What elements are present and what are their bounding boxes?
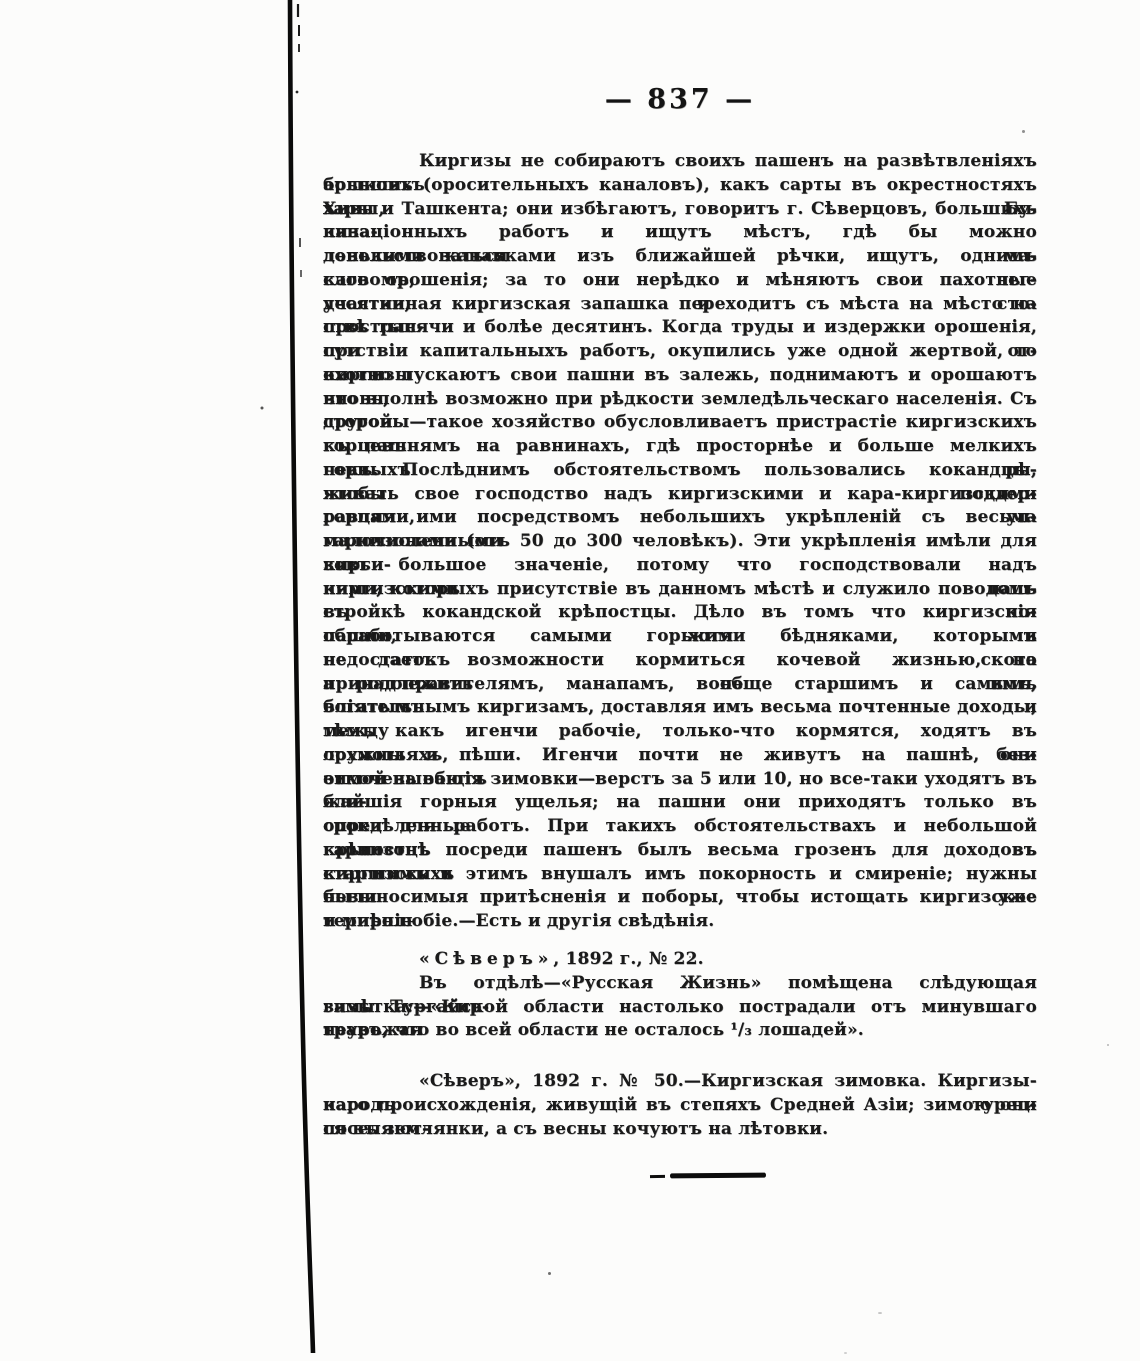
binding-line	[0, 0, 340, 1361]
text-line: Киргизы не собираютъ своихъ пашенъ на ра…	[323, 150, 1037, 174]
scan-speck	[1022, 130, 1025, 133]
journal-issue: , 1892 г., № 22.	[553, 949, 703, 969]
separator-dash-long	[670, 1173, 766, 1179]
text-line: каго происхожденія, живущій въ степяхъ С…	[323, 1094, 1037, 1118]
section-separator	[650, 1172, 766, 1180]
text-line: къ пашнямъ на равнинахъ, гдѣ просторнѣе …	[323, 435, 1037, 459]
note-22: «Сѣверъ», 1892 г., № 22. Въ отдѣлѣ—«Русс…	[323, 948, 1037, 1043]
text-line: тѣмъ какъ игенчи рабочіе, только-что кор…	[323, 720, 1037, 744]
text-line: зимой на общія зимовки—верстъ за 5 или 1…	[323, 768, 1037, 792]
text-line: старшимъ и этимъ внушалъ имъ покорность …	[323, 863, 1037, 887]
text-line: гизы Тургайской области настолько постра…	[323, 996, 1037, 1020]
text-line: сутствіи капитальныхъ работъ, окупились …	[323, 340, 1037, 364]
text-line: каго орошенія; за то они нерѣдко и мѣняю…	[323, 269, 1037, 293]
journal-name: «Сѣверъ»	[419, 949, 553, 969]
text-line: арыковъ (оросительныхъ каналовъ), какъ с…	[323, 174, 1037, 198]
text-line: зовъ большое значеніе, потому что господ…	[323, 554, 1037, 578]
text-line: а родоправителямъ, манапамъ, вообще стар…	[323, 673, 1037, 697]
text-line: лизаціонныхъ работъ и ищутъ мѣстъ, гдѣ б…	[323, 221, 1037, 245]
scan-speck	[1107, 1044, 1109, 1046]
text-line: травъ, что во всей области не осталось ¹…	[323, 1019, 1037, 1043]
text-line: вліятельнымъ киргизамъ, доставляя имъ ве…	[323, 696, 1037, 720]
text-line: равляя ими посредствомъ небольшихъ укрѣп…	[323, 506, 1037, 530]
main-paragraph: Киргизы не собираютъ своихъ пашенъ на ра…	[323, 150, 1037, 934]
text-line: стороны—такое хозяйство обусловливаетъ п…	[323, 411, 1037, 435]
note-22-body: Въ отдѣлѣ—«Русская Жизнь» помѣщена слѣду…	[323, 972, 1037, 1043]
note-50: «Сѣверъ», 1892 г. № 50.—Киргизская зимов…	[323, 1070, 1037, 1141]
text-line: крѣпостцѣ посреди пашенъ былъ весьма гро…	[323, 839, 1037, 863]
text-line: не даетъ возможности кормиться кочевой ж…	[323, 649, 1037, 673]
text-line: хары и Ташкента; они избѣгаютъ, говоритъ…	[323, 198, 1037, 222]
text-line: стройкѣ кокандской крѣпостцы. Дѣло въ то…	[323, 601, 1037, 625]
scan-speck	[844, 1352, 847, 1354]
text-line: обработываются самыми горькими бѣдняками…	[323, 625, 1037, 649]
text-line: ствѣ тысячи и болѣе десятинъ. Когда труд…	[323, 316, 1037, 340]
page-number: — 837 —	[323, 84, 1037, 115]
text-line: живать свое господство надъ киргизскими …	[323, 483, 1037, 507]
scan-speck	[548, 1272, 551, 1275]
text-line: что вполнѣ возможно при рѣдкости земледѣ…	[323, 388, 1037, 412]
text-line: охотно пускаютъ свои пашни въ залежь, по…	[323, 364, 1037, 388]
text-line: десятинная киргизская запашка переходитъ…	[323, 293, 1037, 317]
text-line: и миролюбіе.—Есть и другія свѣдѣнія.	[323, 910, 1037, 934]
note-22-heading: «Сѣверъ», 1892 г., № 22.	[323, 948, 1037, 972]
text-line: ленькими канавками изъ ближайшей рѣчки, …	[323, 245, 1037, 269]
text-line: ся въ землянки, а съ весны кочуютъ на лѣ…	[323, 1118, 1037, 1142]
text-line: оружны и пѣши. Игенчи почти не живутъ на…	[323, 744, 1037, 768]
text-line: Въ отдѣлѣ—«Русская Жизнь» помѣщена слѣду…	[323, 972, 1037, 996]
text-line: чекъ. Послѣднимъ обстоятельствомъ пользо…	[323, 459, 1037, 483]
text-line: невыносимыя притѣсненія и поборы, чтобы …	[323, 886, 1037, 910]
text-line: сроки для работъ. При такихъ обстоятельс…	[323, 815, 1037, 839]
text-line: «Сѣверъ», 1892 г. № 50.—Киргизская зимов…	[323, 1070, 1037, 1094]
text-line: гарнизонами (отъ 50 до 300 человѣкъ). Эт…	[323, 530, 1037, 554]
scanned-book-page: — 837 — Киргизы не собираютъ своихъ паше…	[0, 0, 1140, 1361]
separator-dash-short	[650, 1175, 665, 1178]
text-line: жайшія горныя ущелья; на пашни они прихо…	[323, 791, 1037, 815]
text-line: нями, которыхъ присутствіе въ данномъ мѣ…	[323, 578, 1037, 602]
scan-speck	[878, 1312, 882, 1314]
